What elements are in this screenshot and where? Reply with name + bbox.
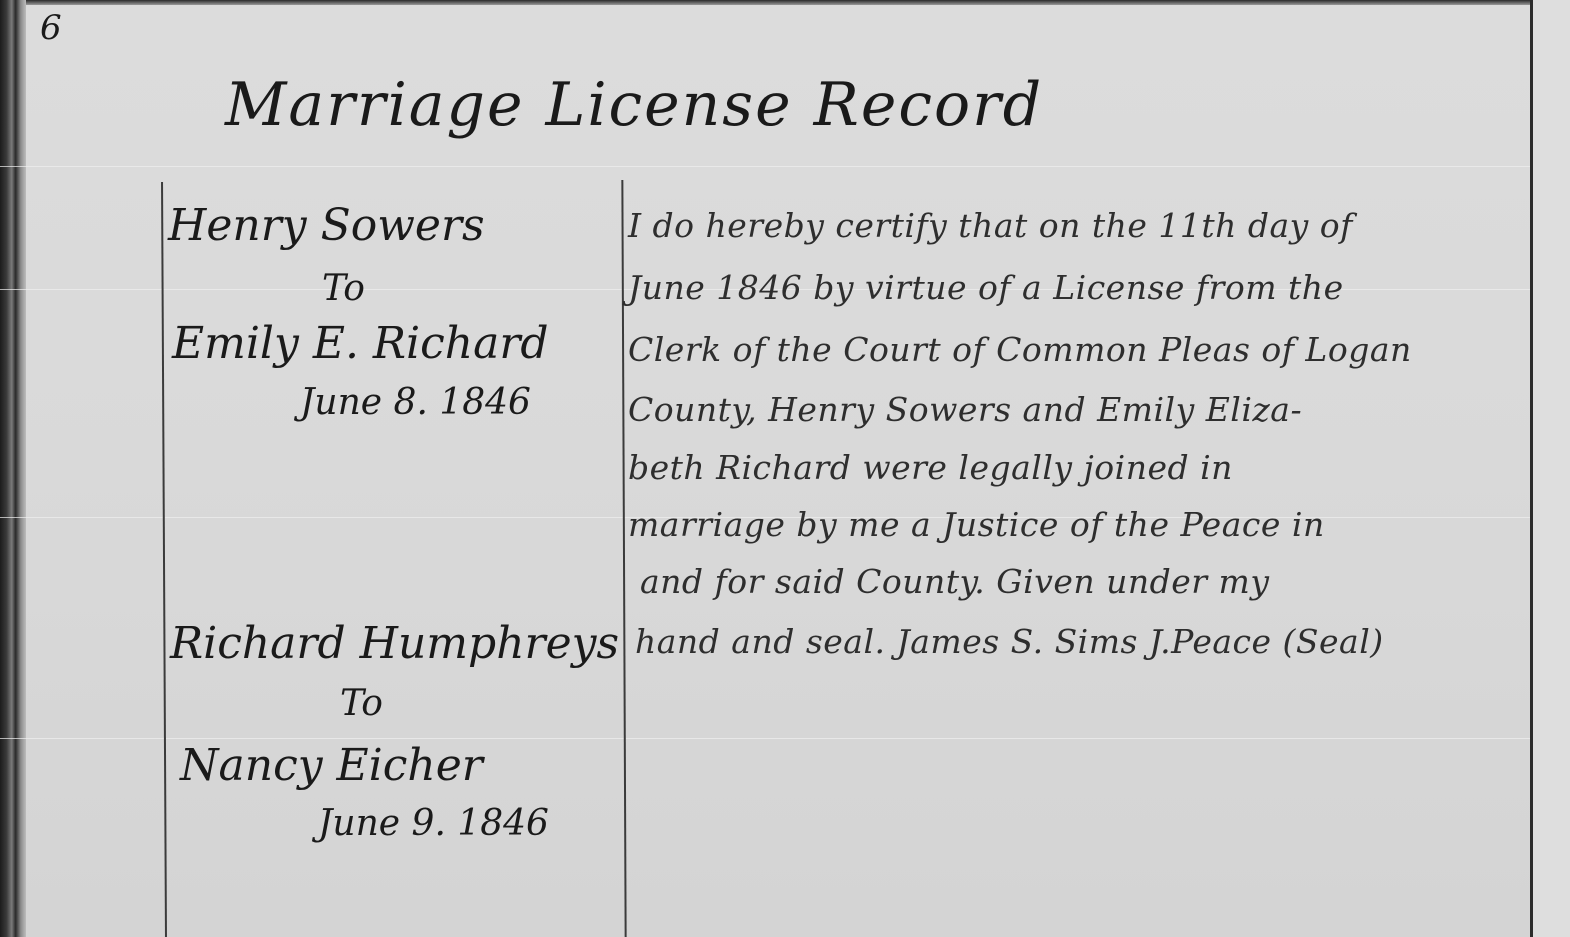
certificate-line: beth Richard were legally joined in — [628, 448, 1233, 487]
right-margin — [1533, 0, 1570, 937]
page-top-edge — [0, 0, 1570, 5]
certificate-signature-line: hand and seal. James S. Sims J.Peace (Se… — [635, 622, 1384, 661]
certificate-line: Clerk of the Court of Common Pleas of Lo… — [628, 330, 1412, 369]
certificate-line: County, Henry Sowers and Emily Eliza- — [628, 390, 1302, 429]
page-number: 6 — [40, 8, 62, 48]
certificate-line: marriage by me a Justice of the Peace in — [628, 505, 1325, 544]
left-column-rule — [161, 182, 166, 937]
ruled-line — [0, 738, 1570, 739]
certificate-line: June 1846 by virtue of a License from th… — [628, 268, 1344, 307]
middle-column-rule — [621, 180, 626, 937]
page-title: Marriage License Record — [225, 70, 1043, 140]
connector-to: To — [340, 683, 383, 724]
bride-name: Nancy Eicher — [180, 740, 483, 791]
groom-name: Richard Humphreys — [170, 618, 619, 669]
groom-name: Henry Sowers — [168, 200, 485, 251]
ruled-line — [0, 166, 1570, 167]
book-binding — [0, 0, 26, 937]
connector-to: To — [322, 268, 365, 309]
certificate-line: and for said County. Given under my — [640, 562, 1269, 601]
license-date: June 9. 1846 — [318, 803, 549, 844]
certificate-line: I do hereby certify that on the 11th day… — [628, 206, 1353, 245]
ledger-page: 6 Marriage License Record Henry Sowers T… — [0, 0, 1570, 937]
license-date: June 8. 1846 — [300, 382, 531, 423]
bride-name: Emily E. Richard — [172, 318, 549, 369]
